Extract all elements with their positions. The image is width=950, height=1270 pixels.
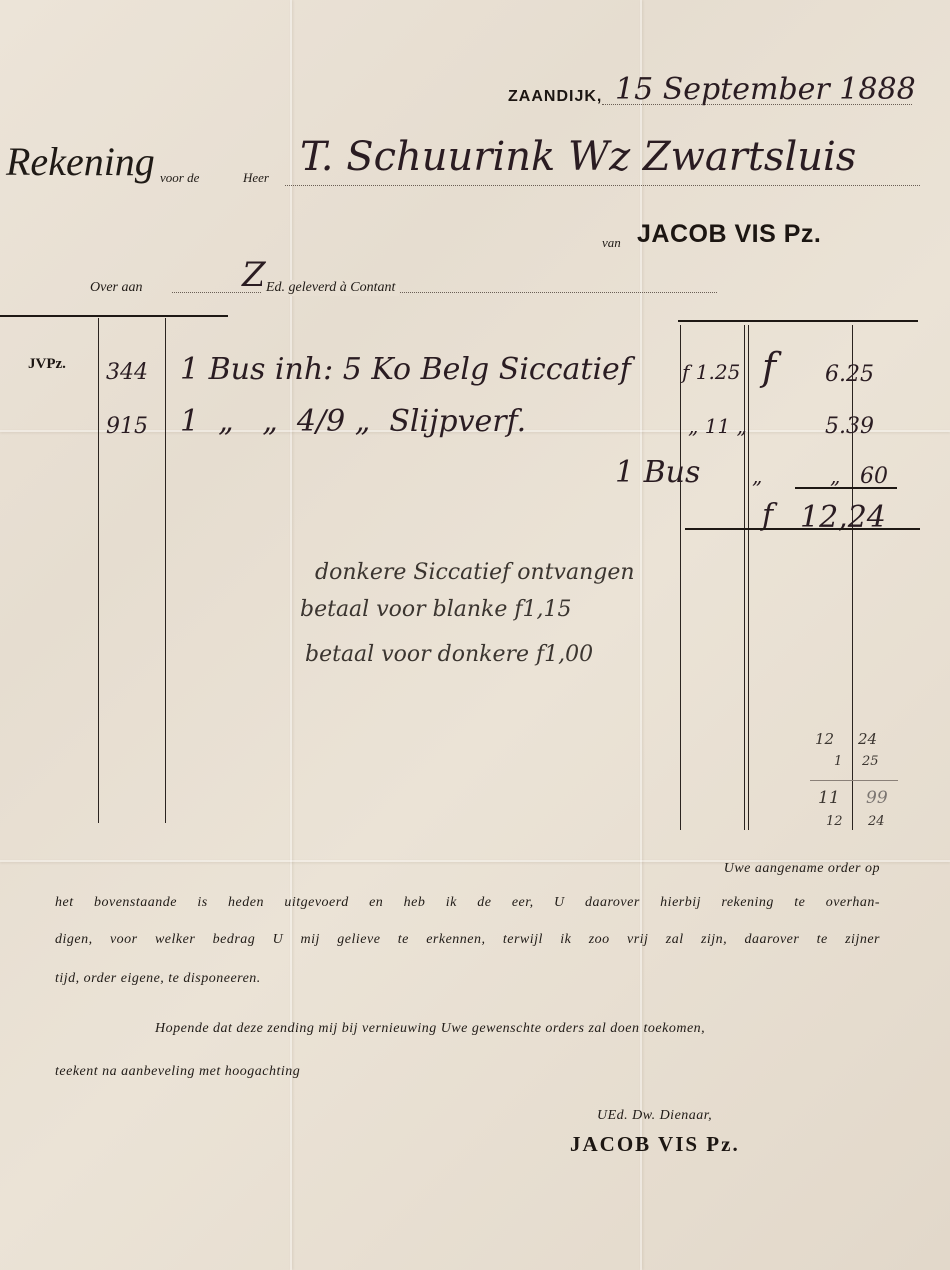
table-top-rule-right	[678, 320, 918, 322]
body-text: Uwe aangename order op	[724, 861, 880, 877]
row-number: 915	[106, 414, 148, 439]
calc-value: 11	[818, 788, 840, 808]
column-divider	[98, 318, 99, 823]
calc-value: 12	[826, 814, 843, 829]
row-description: 1 Bus	[615, 455, 700, 490]
heer-label: Heer	[243, 170, 269, 186]
calc-value: 25	[862, 754, 879, 769]
merchant-mark: JVPz.	[28, 356, 66, 373]
row-unit-price: „ 11 „	[688, 414, 747, 438]
row-description: 1 „ „ 4/9 „ Slijpverf.	[180, 404, 526, 439]
row-amount: 5.39	[825, 414, 874, 439]
place-name: ZAANDIJK,	[508, 88, 602, 106]
column-divider	[852, 325, 853, 830]
paper-fold	[640, 0, 642, 1270]
annotation-line: betaal voor blanke f1,15	[300, 597, 572, 622]
row-unit-price: „	[752, 464, 762, 488]
total-rule	[685, 528, 920, 530]
body-text: tijd, order eigene, te disponeeren.	[55, 971, 261, 987]
calc-value: 12	[815, 730, 834, 748]
recipient-handwritten: T. Schuurink Wz Zwartsluis	[300, 134, 856, 180]
column-divider	[165, 318, 166, 823]
annotation-line: betaal voor donkere f1,00	[305, 642, 593, 667]
column-divider	[744, 325, 745, 830]
delivery-text: Ed. geleverd à Contant	[262, 280, 399, 296]
date-handwritten: 15 September 1888	[615, 72, 916, 107]
row-unit-price: f 1.25	[682, 360, 740, 384]
row-amount-prefix: „	[830, 464, 840, 488]
merchant-name: JACOB VIS Pz.	[637, 220, 821, 249]
body-text: Hopende dat deze zending mij bij vernieu…	[155, 1021, 705, 1037]
row-amount: 6.25	[825, 362, 874, 387]
calc-value: 99	[866, 788, 888, 808]
signature-closing: UEd. Dw. Dienaar,	[597, 1108, 712, 1124]
row-number: 344	[106, 360, 148, 385]
signature-name: JACOB VIS Pz.	[570, 1132, 740, 1157]
calc-value: 24	[868, 814, 885, 829]
column-divider	[748, 325, 749, 830]
recipient-line	[285, 185, 920, 186]
body-text: teekent na aanbeveling met hoogachting	[55, 1064, 300, 1080]
calc-value: 1	[834, 754, 842, 769]
calc-rule	[810, 780, 898, 781]
row-amount-prefix: f	[762, 345, 776, 389]
body-text: digen, voor welker bedrag U mij gelieve …	[55, 932, 880, 948]
document-title: Rekening	[6, 138, 155, 185]
voor-de-label: voor de	[160, 170, 199, 186]
over-aan-label: Over aan	[90, 280, 143, 296]
table-top-rule-left	[0, 315, 228, 317]
body-text: het bovenstaande is heden uitgevoerd en …	[55, 895, 880, 911]
row-description: 1 Bus inh: 5 Ko Belg Siccatief	[180, 352, 631, 387]
calc-value: 24	[858, 730, 877, 748]
subtotal-underline	[795, 487, 897, 489]
annotation-line: donkere Siccatief ontvangen	[315, 560, 635, 585]
van-label: van	[602, 235, 621, 251]
row-amount: 60	[860, 464, 888, 489]
column-divider	[680, 325, 681, 830]
